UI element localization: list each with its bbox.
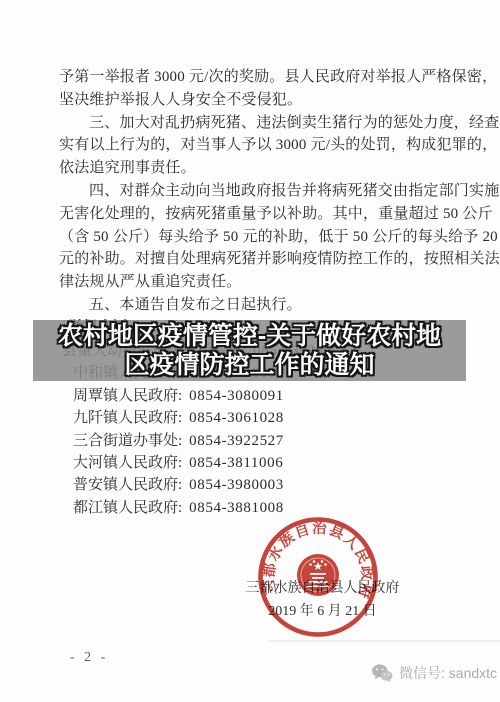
contact-label: 三合街道办事处: bbox=[73, 433, 182, 449]
wechat-id-label: 微信号: sandxtc bbox=[399, 663, 497, 683]
body-line: 律法规从严从重追究责任。 bbox=[59, 271, 446, 294]
body-line: 四、对群众主动向当地政府报告并将病死猪交由指定部门实施 bbox=[59, 180, 446, 203]
contact-phone: 0854-3080091 bbox=[189, 388, 284, 404]
contact-label: 都江镇人民政府: bbox=[73, 500, 182, 516]
contact-phone: 0854-3980003 bbox=[189, 477, 284, 493]
body-line: 元的补助。对擅自处理病死猪并影响疫情防控工作的，按照相关法 bbox=[59, 248, 446, 271]
contact-label: 普安镇人民政府: bbox=[73, 477, 182, 493]
official-seal-icon: 三都水族自治县人民政府 bbox=[256, 515, 380, 639]
contact-phone: 0854-3881008 bbox=[189, 500, 284, 516]
body-line: 坚决维护举报人人身安全不受侵犯。 bbox=[59, 89, 446, 112]
contact-label: 周覃镇人民政府: bbox=[73, 388, 182, 404]
contact-row: 九阡镇人民政府:0854-3061028 bbox=[62, 407, 348, 429]
body-line: （含 50 公斤）每头给予 50 元的补助，低于 50 公斤的每头给予 20 bbox=[59, 226, 446, 249]
caption-overlay: 农村地区疫情管控-关于做好农村地 区疫情防控工作的通知 bbox=[33, 320, 466, 381]
page-number: - 2 - bbox=[70, 650, 108, 666]
body-line: 实有以上行为的，对当事人予以 3000 元/头的处罚，构成犯罪的， bbox=[59, 134, 446, 157]
body-line: 予第一举报者 3000 元/次的奖励。县人民政府对举报人严格保密， bbox=[59, 66, 446, 89]
contact-row: 周覃镇人民政府:0854-3080091 bbox=[62, 385, 348, 407]
body-line: 三、加大对乱扔病死猪、违法倒卖生猪行为的惩处力度，经查 bbox=[59, 112, 446, 135]
wechat-footer: 微信号: sandxtc bbox=[371, 663, 497, 683]
contact-row: 普安镇人民政府:0854-3980003 bbox=[62, 474, 348, 496]
caption-title-line1: 农村地区疫情管控-关于做好农村地 bbox=[58, 322, 441, 351]
scanned-notice-page: 予第一举报者 3000 元/次的奖励。县人民政府对举报人严格保密， 坚决维护举报… bbox=[0, 0, 500, 702]
contact-label: 九阡镇人民政府: bbox=[73, 410, 182, 426]
caption-title-line2: 区疫情防控工作的通知 bbox=[124, 351, 374, 380]
wechat-icon bbox=[371, 663, 393, 683]
contact-label: 大河镇人民政府: bbox=[73, 455, 182, 471]
national-emblem-icon bbox=[297, 554, 339, 596]
contact-phone: 0854-3811006 bbox=[189, 455, 283, 471]
contact-phone: 0854-3922527 bbox=[189, 433, 284, 449]
contact-row: 大河镇人民政府:0854-3811006 bbox=[62, 452, 348, 474]
body-line: 依法追究刑事责任。 bbox=[59, 157, 446, 180]
contact-row: 三合街道办事处:0854-3922527 bbox=[62, 430, 348, 452]
contact-phone: 0854-3061028 bbox=[189, 410, 284, 426]
body-line: 无害化处理的，按病死猪重量予以补助。其中，重量超过 50 公斤 bbox=[59, 203, 446, 226]
notice-body: 予第一举报者 3000 元/次的奖励。县人民政府对举报人严格保密， 坚决维护举报… bbox=[59, 66, 446, 317]
scan-artifact-line bbox=[268, 640, 500, 642]
body-line: 五、本通告自发布之日起执行。 bbox=[59, 294, 446, 317]
